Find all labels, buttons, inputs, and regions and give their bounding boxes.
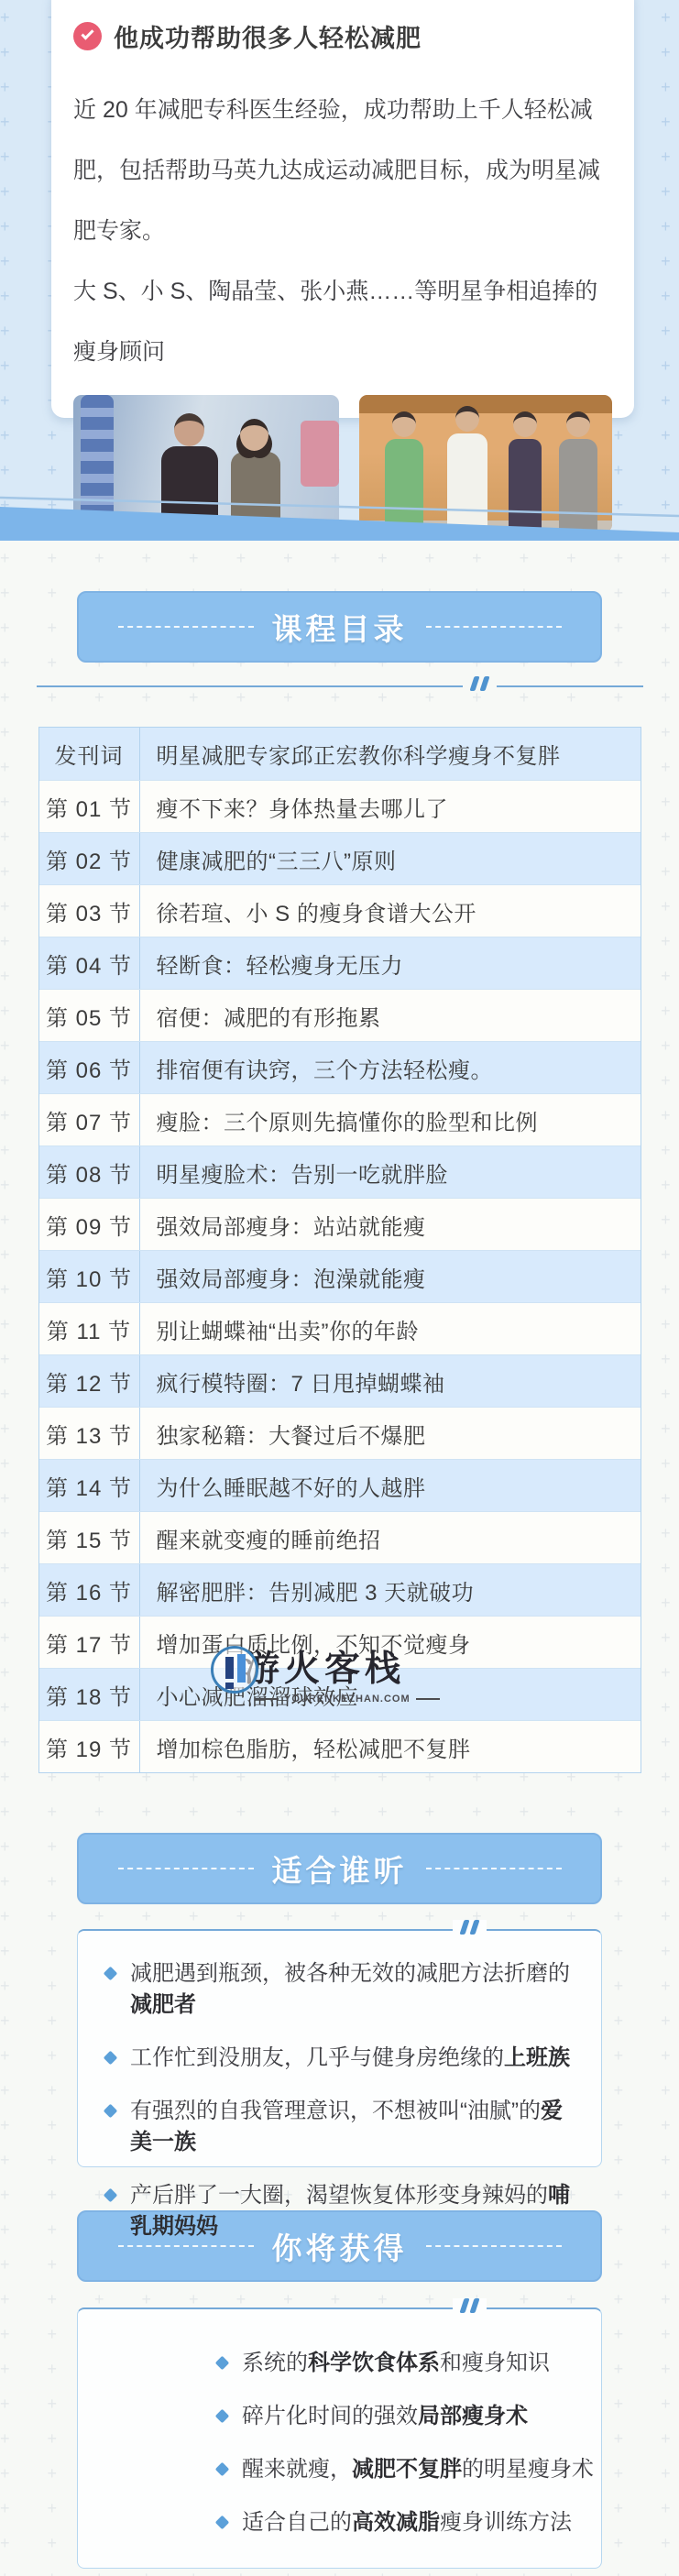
table-row: 第 01 节 瘦不下来？身体热量去哪儿了 xyxy=(39,780,641,832)
bullet-text: 醒来就瘦，减肥不复胖的明星瘦身术 xyxy=(242,2454,594,2485)
text-post: 的明星瘦身术 xyxy=(462,2457,594,2482)
text-pre: 醒来就瘦， xyxy=(242,2457,352,2482)
list-item: 醒来就瘦，减肥不复胖的明星瘦身术 xyxy=(215,2454,601,2485)
bullet-text: 减肥遇到瓶颈，被各种无效的减肥方法折磨的减肥者 xyxy=(130,1958,579,2021)
text-pre: 减肥遇到瓶颈，被各种无效的减肥方法折磨的 xyxy=(130,1961,570,1986)
text-pre: 系统的 xyxy=(242,2351,308,2375)
list-item: 碎片化时间的强效局部瘦身术 xyxy=(215,2401,601,2432)
list-item: 减肥遇到瓶颈，被各种无效的减肥方法折磨的减肥者 xyxy=(104,1958,579,2021)
table-row: 第 08 节 明星瘦脸术：告别一吃就胖脸 xyxy=(39,1145,641,1198)
checkmark-glyph xyxy=(81,27,93,39)
text-pre: 有强烈的自我管理意识，不想被叫“油腻”的 xyxy=(130,2099,541,2123)
course-table: 发刊词 明星减肥专家邱正宏教你科学瘦身不复胖 第 01 节 瘦不下来？身体热量去… xyxy=(38,727,641,1773)
diagonal-stripe xyxy=(0,493,679,541)
watermark-url: YOURENKEZHAN.COM xyxy=(255,1694,449,1705)
diamond-bullet-icon xyxy=(215,2409,230,2424)
text-pre: 产后胖了一大圈，渴望恢复体形变身辣妈的 xyxy=(130,2183,548,2208)
text-pre: 工作忙到没朋友，几乎与健身房绝缘的 xyxy=(130,2045,504,2070)
benefits-card: 系统的科学饮食体系和瘦身知识 碎片化时间的强效局部瘦身术 醒来就瘦，减肥不复胖的… xyxy=(77,2307,602,2569)
lesson-number: 第 16 节 xyxy=(39,1564,140,1616)
lesson-title: 健康减肥的“三三八”原则 xyxy=(140,843,397,875)
lesson-title: 强效局部瘦身：站站就能瘦 xyxy=(140,1209,426,1241)
table-row: 第 14 节 为什么睡眠越不好的人越胖 xyxy=(39,1459,641,1511)
lesson-number: 第 09 节 xyxy=(39,1199,140,1250)
lesson-number: 第 12 节 xyxy=(39,1355,140,1407)
lesson-number: 第 02 节 xyxy=(39,833,140,884)
list-item: 系统的科学饮食体系和瘦身知识 xyxy=(215,2348,601,2379)
text-post: 瘦身训练方法 xyxy=(440,2510,572,2535)
watermark-name: 游火客栈 xyxy=(244,1640,449,1692)
table-row: 第 06 节 排宿便有诀窍，三个方法轻松瘦。 xyxy=(39,1041,641,1093)
hero-paragraph-1: 近 20 年减肥专科医生经验，成功帮助上千人轻松减肥，包括帮助马英九达成运动减肥… xyxy=(73,80,612,261)
lesson-title: 强效局部瘦身：泡澡就能瘦 xyxy=(140,1261,426,1293)
lesson-number: 第 18 节 xyxy=(39,1669,140,1720)
lesson-number: 第 11 节 xyxy=(39,1303,140,1354)
lesson-title: 宿便：减肥的有形拖累 xyxy=(140,1000,381,1032)
lesson-number: 第 15 节 xyxy=(39,1512,140,1563)
text-bold: 高效减脂 xyxy=(352,2510,440,2535)
lesson-title: 徐若瑄、小 S 的瘦身食谱大公开 xyxy=(140,895,476,927)
diamond-bullet-icon xyxy=(104,2188,118,2203)
diamond-bullet-icon xyxy=(104,2104,118,2119)
text-bold: 局部瘦身术 xyxy=(418,2404,528,2428)
audience-header-title: 适合谁听 xyxy=(272,1847,408,1891)
audience-header: 适合谁听 xyxy=(77,1833,602,1904)
table-row: 第 02 节 健康减肥的“三三八”原则 xyxy=(39,832,641,884)
dashed-line xyxy=(118,626,254,628)
lesson-title: 明星瘦脸术：告别一吃就胖脸 xyxy=(140,1156,449,1189)
table-row: 发刊词 明星减肥专家邱正宏教你科学瘦身不复胖 xyxy=(39,728,641,780)
lesson-number: 第 10 节 xyxy=(39,1251,140,1302)
table-row: 第 13 节 独家秘籍：大餐过后不爆肥 xyxy=(39,1407,641,1459)
table-row: 第 07 节 瘦脸：三个原则先搞懂你的脸型和比例 xyxy=(39,1093,641,1145)
text-bold: 上班族 xyxy=(504,2045,570,2070)
diamond-bullet-icon xyxy=(104,2051,118,2066)
table-row: 第 03 节 徐若瑄、小 S 的瘦身食谱大公开 xyxy=(39,884,641,937)
audience-card: 减肥遇到瓶颈，被各种无效的减肥方法折磨的减肥者 工作忙到没朋友，几乎与健身房绝缘… xyxy=(77,1929,602,2167)
list-item: 工作忙到没朋友，几乎与健身房绝缘的上班族 xyxy=(104,2043,579,2074)
lesson-number: 第 14 节 xyxy=(39,1460,140,1511)
lesson-number: 第 07 节 xyxy=(39,1094,140,1145)
lesson-title: 醒来就变瘦的睡前绝招 xyxy=(140,1522,381,1554)
lesson-number: 第 19 节 xyxy=(39,1721,140,1772)
lesson-title: 疯行模特圈：7 日甩掉蝴蝶袖 xyxy=(140,1365,445,1398)
text-post: 和瘦身知识 xyxy=(440,2351,550,2375)
dash-line xyxy=(416,1698,440,1700)
bullet-text: 系统的科学饮食体系和瘦身知识 xyxy=(242,2348,550,2379)
dashed-line xyxy=(118,1868,254,1869)
hero-heading-row: 他成功帮助很多人轻松减肥 xyxy=(73,18,612,54)
lesson-number: 第 03 节 xyxy=(39,885,140,937)
table-row: 第 10 节 强效局部瘦身：泡澡就能瘦 xyxy=(39,1250,641,1302)
lesson-title: 为什么睡眠越不好的人越胖 xyxy=(140,1470,426,1502)
dashed-line xyxy=(426,2245,562,2247)
lesson-title: 瘦不下来？身体热量去哪儿了 xyxy=(140,791,449,823)
catalog-header: 课程目录 xyxy=(77,591,602,663)
table-row: 第 11 节 别让蝴蝶袖“出卖”你的年龄 xyxy=(39,1302,641,1354)
hostel-logo-icon xyxy=(211,1646,258,1694)
lesson-number: 第 06 节 xyxy=(39,1042,140,1093)
list-item: 产后胖了一大圈，渴望恢复体形变身辣妈的哺乳期妈妈 xyxy=(104,2180,579,2242)
hero-card: 他成功帮助很多人轻松减肥 近 20 年减肥专科医生经验，成功帮助上千人轻松减肥，… xyxy=(51,0,634,418)
lesson-number: 第 08 节 xyxy=(39,1146,140,1198)
quote-icon xyxy=(463,676,497,691)
dashed-line xyxy=(426,626,562,628)
diamond-bullet-icon xyxy=(215,2356,230,2371)
text-bold: 减肥不复胖 xyxy=(352,2457,462,2482)
lesson-title: 增加棕色脂肪，轻松减肥不复胖 xyxy=(140,1731,471,1763)
check-icon xyxy=(73,22,102,50)
bullet-text: 工作忙到没朋友，几乎与健身房绝缘的上班族 xyxy=(130,2043,570,2074)
text-pre: 碎片化时间的强效 xyxy=(242,2404,418,2428)
bullet-text: 适合自己的高效减脂瘦身训练方法 xyxy=(242,2507,572,2538)
dashed-line xyxy=(118,2245,254,2247)
table-row: 第 16 节 解密肥胖：告别减肥 3 天就破功 xyxy=(39,1563,641,1616)
list-item: 适合自己的高效减脂瘦身训练方法 xyxy=(215,2507,601,2538)
lesson-title: 解密肥胖：告别减肥 3 天就破功 xyxy=(140,1574,475,1606)
catalog-header-title: 课程目录 xyxy=(272,606,408,649)
diamond-bullet-icon xyxy=(104,1967,118,1981)
lesson-title: 轻断食：轻松瘦身无压力 xyxy=(140,948,404,980)
quote-icon xyxy=(453,2298,487,2313)
bullet-text: 碎片化时间的强效局部瘦身术 xyxy=(242,2401,528,2432)
lesson-title: 独家秘籍：大餐过后不爆肥 xyxy=(140,1418,426,1450)
text-bold: 减肥者 xyxy=(130,1992,196,2017)
quote-divider xyxy=(37,685,643,687)
lesson-title: 瘦脸：三个原则先搞懂你的脸型和比例 xyxy=(140,1104,539,1136)
diamond-bullet-icon xyxy=(215,2462,230,2477)
table-row: 第 12 节 疯行模特圈：7 日甩掉蝴蝶袖 xyxy=(39,1354,641,1407)
table-row: 第 15 节 醒来就变瘦的睡前绝招 xyxy=(39,1511,641,1563)
lesson-number: 发刊词 xyxy=(39,728,140,780)
watermark-url-text: YOURENKEZHAN.COM xyxy=(284,1694,411,1705)
lesson-number: 第 05 节 xyxy=(39,990,140,1041)
lesson-title: 排宿便有诀窍，三个方法轻松瘦。 xyxy=(140,1052,494,1084)
content-section: + + + + + + + + + + + + + + + + + + + + … xyxy=(0,541,679,2576)
watermark: 游火客栈 YOURENKEZHAN.COM xyxy=(211,1640,449,1705)
lesson-number: 第 17 节 xyxy=(39,1617,140,1668)
table-row: 第 19 节 增加棕色脂肪，轻松减肥不复胖 xyxy=(39,1720,641,1772)
table-row: 第 09 节 强效局部瘦身：站站就能瘦 xyxy=(39,1198,641,1250)
diamond-bullet-icon xyxy=(215,2516,230,2530)
table-row: 第 05 节 宿便：减肥的有形拖累 xyxy=(39,989,641,1041)
hero-title: 他成功帮助很多人轻松减肥 xyxy=(114,18,422,54)
text-pre: 适合自己的 xyxy=(242,2510,352,2535)
lesson-title: 别让蝴蝶袖“出卖”你的年龄 xyxy=(140,1313,419,1345)
lesson-number: 第 01 节 xyxy=(39,781,140,832)
hero-section: + + + + + + + + + + + + + + + + + + + + … xyxy=(0,0,679,541)
dash-line xyxy=(255,1698,279,1700)
lesson-title: 明星减肥专家邱正宏教你科学瘦身不复胖 xyxy=(140,738,561,770)
hero-paragraph-2: 大 S、小 S、陶晶莹、张小燕……等明星争相追捧的瘦身顾问 xyxy=(73,261,612,382)
lesson-number: 第 13 节 xyxy=(39,1408,140,1459)
list-item: 有强烈的自我管理意识，不想被叫“油腻”的爱美一族 xyxy=(104,2096,579,2158)
lesson-number: 第 04 节 xyxy=(39,937,140,989)
quote-icon xyxy=(453,1920,487,1935)
table-row: 第 04 节 轻断食：轻松瘦身无压力 xyxy=(39,937,641,989)
bullet-text: 产后胖了一大圈，渴望恢复体形变身辣妈的哺乳期妈妈 xyxy=(130,2180,579,2242)
text-bold: 科学饮食体系 xyxy=(308,2351,440,2375)
dashed-line xyxy=(426,1868,562,1869)
bullet-text: 有强烈的自我管理意识，不想被叫“油腻”的爱美一族 xyxy=(130,2096,579,2158)
